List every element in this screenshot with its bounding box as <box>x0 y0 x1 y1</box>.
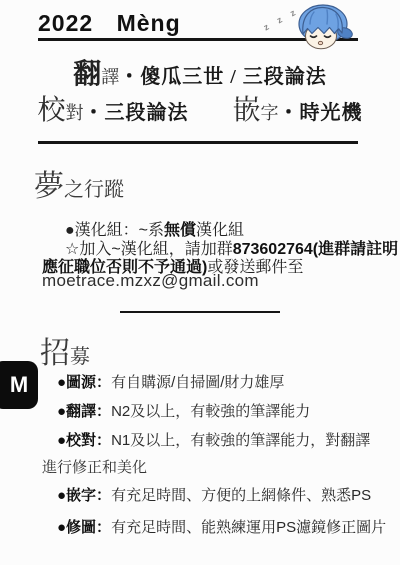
recruit-item-translator: ●翻譯：N2及以上，有較強的筆譯能力 <box>42 400 398 421</box>
m-badge: M <box>0 361 38 409</box>
typeset-names: ・時光機 <box>279 96 363 125</box>
recruit-item-redrawer: ●修圖：有充足時間、能熟練運用PS濾鏡修正圖片 <box>42 516 398 537</box>
recruit-source-desc: 有自購源/自掃圖/財力雄厚 <box>111 374 284 391</box>
proofread-role-small-char: 對 <box>66 99 84 125</box>
sleeping-chibi-mascot <box>294 3 354 52</box>
recruit-redrawer-label: ●修圖： <box>57 519 111 536</box>
recruit-item-proofreader: ●校對：N1及以上，有較強的筆譯能力，對翻譯 <box>42 429 398 450</box>
typeset-role-small-char: 字 <box>261 99 279 125</box>
credit-row: 校 對 ・三段論法 嵌 字 ・時光機 <box>0 88 400 128</box>
recruit-item-source: ●圖源：有自購源/自掃圖/財力雄厚 <box>42 371 398 392</box>
recruit-typesetter-label: ●嵌字： <box>57 487 111 504</box>
recruit-section-heading: 招募 <box>40 328 90 372</box>
scanlation-credits-page: 2022 Mèng z z z 翻 譯 ・傻瓜三世 / 三段論法 校 對 ・三段… <box>0 0 400 565</box>
recruit-heading-big-char: 招 <box>40 337 70 370</box>
contact-email: moetrace.mzxz@gmail.com <box>42 271 259 291</box>
brand-name: Mèng <box>117 10 181 36</box>
typeset-role-big-char: 嵌 <box>233 88 261 128</box>
recruit-source-label: ●圖源： <box>57 374 111 391</box>
translation-role-big-char: 翻 <box>73 52 101 92</box>
year-label: 2022 <box>38 10 93 36</box>
recruit-typesetter-desc: 有充足時間、方便的上網條件、熟悉PS <box>111 487 371 504</box>
recruit-proofreader-desc-continued: 進行修正和美化 <box>42 456 147 477</box>
translation-credit: 翻 譯 ・傻瓜三世 / 三段論法 <box>0 52 400 92</box>
proofread-names: ・三段論法 <box>84 96 189 125</box>
group-section-heading: 夢之行蹤 <box>34 161 124 205</box>
middle-divider <box>38 141 358 144</box>
translation-names: ・傻瓜三世 / 三段論法 <box>119 60 327 89</box>
recruit-redrawer-desc: 有充足時間、能熟練運用PS濾鏡修正圖片 <box>111 519 386 536</box>
group-heading-small-chars: 之行蹤 <box>64 179 124 201</box>
brand-header: 2022 Mèng <box>38 10 181 37</box>
recruit-proofreader-label: ●校對： <box>57 432 111 449</box>
recruit-item-typesetter: ●嵌字：有充足時間、方便的上網條件、熟悉PS <box>42 484 398 505</box>
proofread-role-big-char: 校 <box>37 88 65 128</box>
mascot-mouth <box>318 41 322 44</box>
recruit-divider <box>120 311 280 313</box>
group-heading-big-char: 夢 <box>34 170 64 203</box>
typeset-credit: 嵌 字 ・時光機 <box>233 88 363 128</box>
recruit-proofreader-desc: N1及以上，有較強的筆譯能力，對翻譯 <box>111 432 370 449</box>
translation-role-small-char: 譯 <box>101 63 119 89</box>
proofread-credit: 校 對 ・三段論法 <box>37 88 188 128</box>
recruit-heading-small-char: 募 <box>70 346 90 368</box>
recruit-translator-desc: N2及以上，有較強的筆譯能力 <box>111 403 310 420</box>
recruit-translator-label: ●翻譯： <box>57 403 111 420</box>
